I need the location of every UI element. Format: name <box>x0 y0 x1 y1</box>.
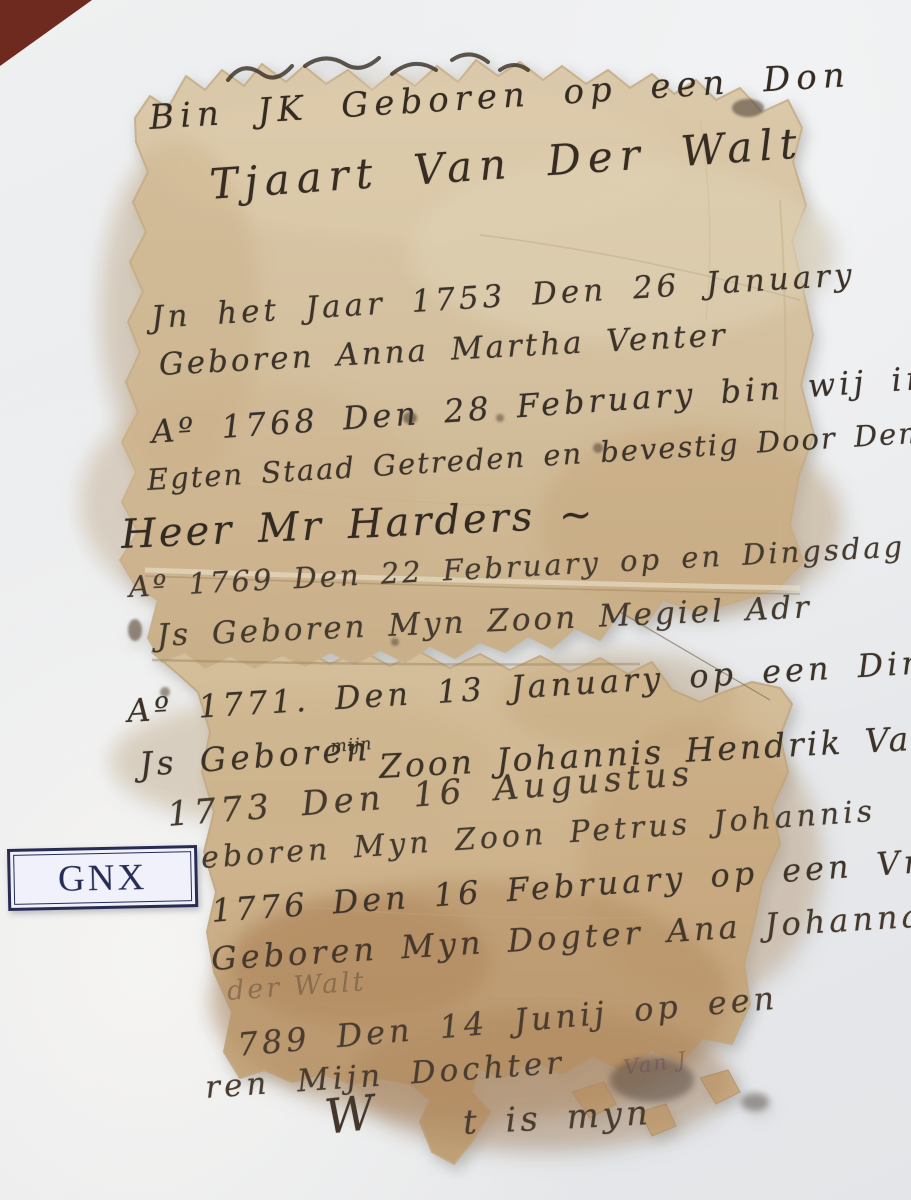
photo-backdrop: Bin JK Geboren op een Don Tjaart Van Der… <box>0 0 911 1200</box>
reference-label-text: GNX <box>58 859 148 898</box>
manuscript-line: W <box>322 1085 377 1146</box>
reference-label: GNX <box>7 845 198 911</box>
reference-label-inner-border: GNX <box>13 851 192 905</box>
manuscript-interline-note: mijn <box>330 734 373 757</box>
